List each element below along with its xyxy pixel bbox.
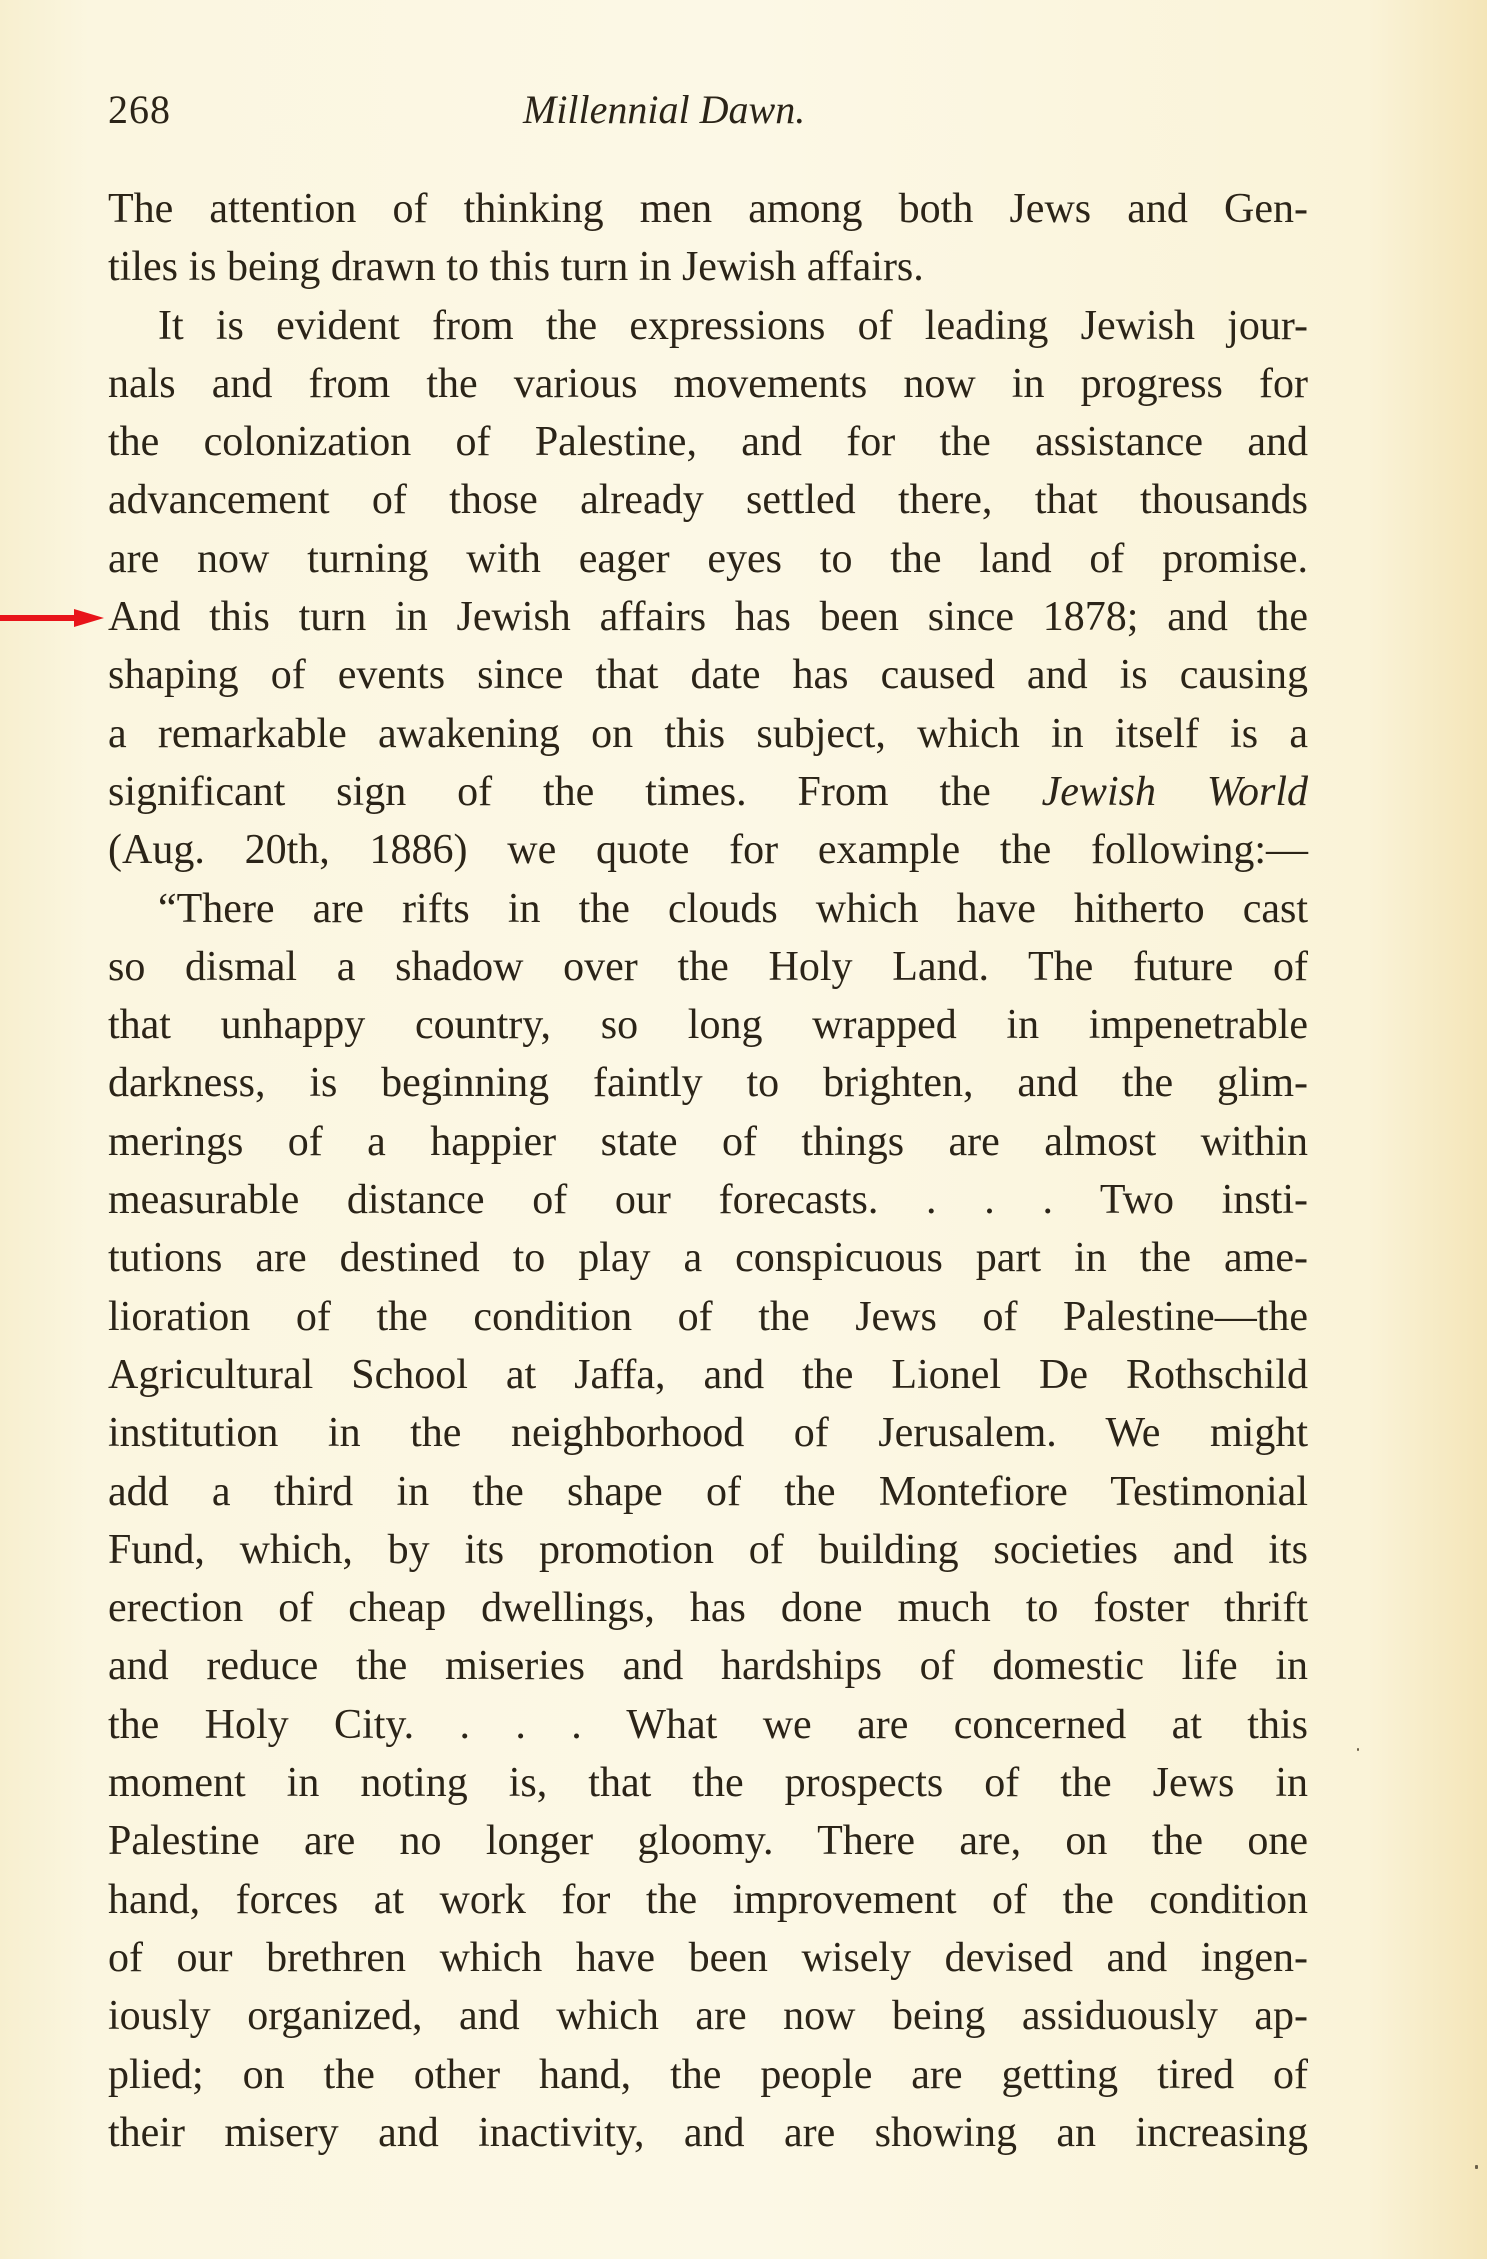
quote-line: plied; on the other hand, the people are… [108,2046,1308,2104]
quote-line: “There are rifts in the clouds which hav… [108,880,1308,938]
text-line: a remarkable awakening on this subject, … [108,705,1308,763]
text-line: the colonization of Palestine, and for t… [108,413,1308,471]
body-text: The attention of thinking men among both… [108,180,1308,2162]
quote-line: Fund, which, by its promotion of buildin… [108,1521,1308,1579]
quote-line: that unhappy country, so long wrapped in… [108,996,1308,1054]
text-line: significant sign of the times. From the … [108,763,1308,821]
text-line: tiles is being drawn to this turn in Jew… [108,238,1308,296]
text-line: shaping of events since that date has ca… [108,646,1308,704]
quote-line: lioration of the condition of the Jews o… [108,1288,1308,1346]
quote-line: Agricultural School at Jaffa, and the Li… [108,1346,1308,1404]
text-line-pre: significant sign of the times. From the [108,769,1042,815]
quote-line: Palestine are no longer gloomy. There ar… [108,1812,1308,1870]
quote-line: darkness, is beginning faintly to bright… [108,1054,1308,1112]
red-arrow-icon [0,609,104,627]
quote-line: iously organized, and which are now bein… [108,1987,1308,2045]
quote-line: of our brethren which have been wisely d… [108,1929,1308,1987]
quote-line: measurable distance of our forecasts. . … [108,1171,1308,1229]
page-header: 268 Millennial Dawn. [108,86,1308,146]
quote-line: their misery and inactivity, and are sho… [108,2104,1308,2162]
quote-line: hand, forces at work for the improvement… [108,1871,1308,1929]
scan-speck [1475,2165,1478,2169]
running-title: Millennial Dawn. [523,86,805,133]
scan-speck [1357,1748,1359,1751]
text-line: (Aug. 20th, 1886) we quote for example t… [108,821,1308,879]
page-number: 268 [108,86,171,133]
text-line-content: And this turn in Jewish affairs has been… [108,594,1308,640]
quote-line: the Holy City. . . . What we are concern… [108,1696,1308,1754]
quote-line: tutions are destined to play a conspicuo… [108,1229,1308,1287]
quote-line: so dismal a shadow over the Holy Land. T… [108,938,1308,996]
quote-line: and reduce the miseries and hardships of… [108,1637,1308,1695]
quote-line: merings of a happier state of things are… [108,1113,1308,1171]
text-line: nals and from the various movements now … [108,355,1308,413]
quote-line: add a third in the shape of the Montefio… [108,1463,1308,1521]
highlighted-text-line: And this turn in Jewish affairs has been… [108,588,1308,646]
text-line: The attention of thinking men among both… [108,180,1308,238]
quote-line: institution in the neighborhood of Jerus… [108,1404,1308,1462]
quote-line: moment in noting is, that the prospects … [108,1754,1308,1812]
text-line: are now turning with eager eyes to the l… [108,530,1308,588]
quote-line: erection of cheap dwellings, has done mu… [108,1579,1308,1637]
publication-title: Jewish World [1042,769,1308,815]
text-line: It is evident from the expressions of le… [108,297,1308,355]
text-line: advancement of those already settled the… [108,471,1308,529]
